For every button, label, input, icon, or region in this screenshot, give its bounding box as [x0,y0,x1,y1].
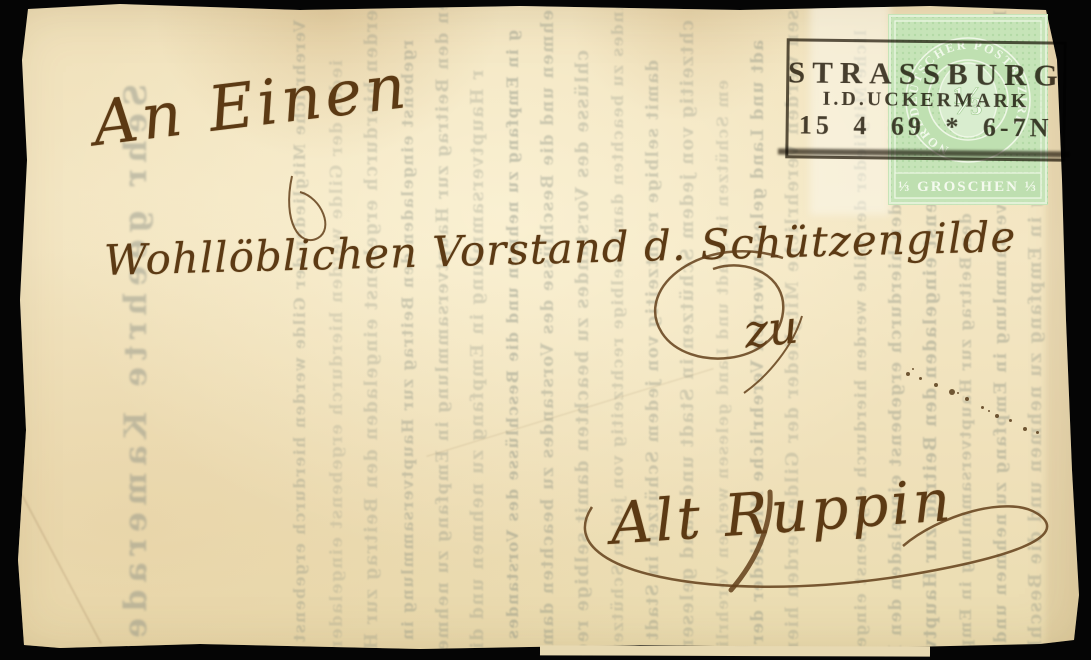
paper-crease [0,440,102,644]
handwritten-salutation: An Einen [89,49,414,160]
stamp-value-band: ⅓ GROSCHEN ⅓ [898,179,1038,195]
showthrough-text-column: ehmen und die Beschlüsse des Vorstandes … [538,10,557,655]
postmark-date: 15 4 69 * 6-7N [799,110,1053,143]
postmark: STRASSBURG I.D.UCKERMARK 15 4 69 * 6-7N [785,38,1066,161]
handwritten-zu: zu [741,299,800,358]
handwritten-addressee: Wohllöblichen Vorstand d. Schützengilde [104,212,1017,285]
showthrough-text-column: chlüsse des Vorstandes zu beachten damit… [573,50,593,655]
paper-crease [426,368,713,457]
showthrough-text-column: r Hauptversammlung in Empfang zu nehmen … [468,70,488,655]
showthrough-text-column: damit selbige rechtzeitig von jedem Schü… [643,60,662,655]
showthrough-text-column: chtzeitig von jedem Schützen in Stadt un… [678,20,698,655]
showthrough-text-column: rgebenst eingeladen den Beitrag zur Haup… [398,40,417,655]
showthrough-text-column: en den Beitrag zur Hauptversammlung in E… [433,0,452,655]
letter-cover-photo: Verehrliche Mitglieder der Gilde werden … [0,0,1091,660]
postmark-district: I.D.UCKERMARK [822,88,1029,114]
showthrough-heading: Sehr geehrte Kameraden! [118,84,154,650]
showthrough-text-column: ieder der Gilde werden hierdurch ergeben… [327,60,346,655]
showthrough-text-column: g in Empfang zu nehmen und die Beschlüss… [503,30,522,655]
postmark-town: STRASSBURG [788,56,1065,90]
handwritten-destination: Alt Ruppin [608,466,955,558]
showthrough-text-column: em Schützen in Stadt und Land gelesen we… [713,80,732,655]
paper-edge-sliver [540,645,930,656]
